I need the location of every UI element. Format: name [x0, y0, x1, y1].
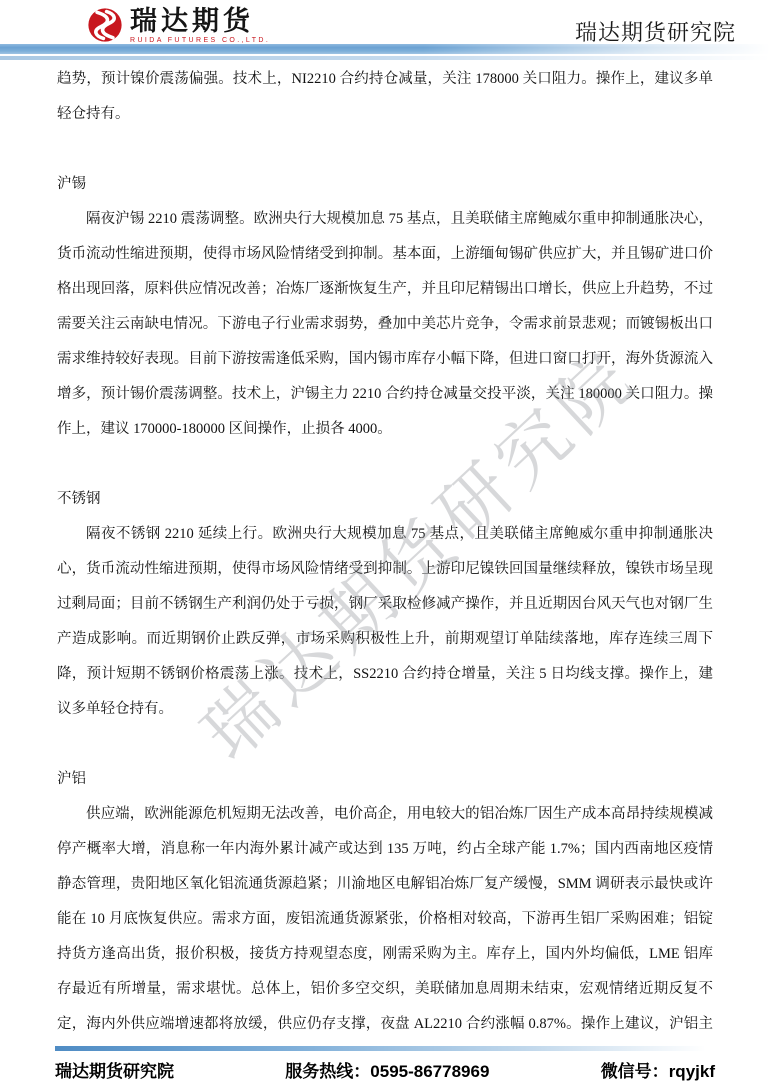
section-heading-tin: 沪锡 — [57, 167, 713, 202]
section-stainless-steel: 不锈钢 隔夜不锈钢 2210 延续上行。欧洲央行大规模加息 75 基点，且美联储… — [57, 482, 713, 727]
brand-name-en: RUIDA FUTURES CO.,LTD. — [130, 37, 270, 44]
footer-hotline: 服务热线：0595-86778969 — [285, 1057, 489, 1082]
footer-wechat: 微信号：rqyjkf — [601, 1057, 715, 1082]
footer-org: 瑞达期货研究院 — [55, 1057, 174, 1082]
paragraph-aluminum: 供应端，欧洲能源危机短期无法改善，电价高企，用电较大的铝冶炼厂因生产成本高昂持续… — [57, 797, 713, 1040]
page-header: 瑞达期货 RUIDA FUTURES CO.,LTD. 瑞达期货研究院 — [0, 0, 770, 62]
paragraph-stainless-steel: 隔夜不锈钢 2210 延续上行。欧洲央行大规模加息 75 基点，且美联储主席鲍威… — [57, 517, 713, 727]
footer-hotline-number: 0595-86778969 — [370, 1062, 489, 1081]
document-title: 瑞达期货研究院 — [575, 16, 736, 47]
footer-divider-bar — [55, 1046, 740, 1051]
header-divider-bar — [0, 44, 770, 60]
footer-wechat-id: rqyjkf — [669, 1062, 715, 1081]
section-heading-aluminum: 沪铝 — [57, 762, 713, 797]
report-body: 趋势，预计镍价震荡偏强。技术上，NI2210 合约持仓减量，关注 178000 … — [57, 62, 713, 1040]
footer-wechat-label: 微信号： — [601, 1062, 669, 1081]
header-divider-main — [0, 44, 770, 54]
logo-text: 瑞达期货 RUIDA FUTURES CO.,LTD. — [130, 6, 270, 44]
page-footer: 瑞达期货研究院 服务热线：0595-86778969 微信号：rqyjkf — [55, 1057, 715, 1082]
paragraph-nickel-continuation: 趋势，预计镍价震荡偏强。技术上，NI2210 合约持仓减量，关注 178000 … — [57, 62, 713, 132]
section-heading-stainless-steel: 不锈钢 — [57, 482, 713, 517]
ruida-logo-icon — [86, 6, 124, 44]
brand-name-cn: 瑞达期货 — [130, 6, 270, 36]
footer-hotline-label: 服务热线： — [285, 1062, 370, 1081]
header-divider-sub — [0, 56, 770, 60]
ruida-logo: 瑞达期货 RUIDA FUTURES CO.,LTD. — [86, 6, 270, 44]
section-aluminum: 沪铝 供应端，欧洲能源危机短期无法改善，电价高企，用电较大的铝冶炼厂因生产成本高… — [57, 762, 713, 1040]
paragraph-tin: 隔夜沪锡 2210 震荡调整。欧洲央行大规模加息 75 基点，且美联储主席鲍威尔… — [57, 202, 713, 447]
section-tin: 沪锡 隔夜沪锡 2210 震荡调整。欧洲央行大规模加息 75 基点，且美联储主席… — [57, 167, 713, 447]
